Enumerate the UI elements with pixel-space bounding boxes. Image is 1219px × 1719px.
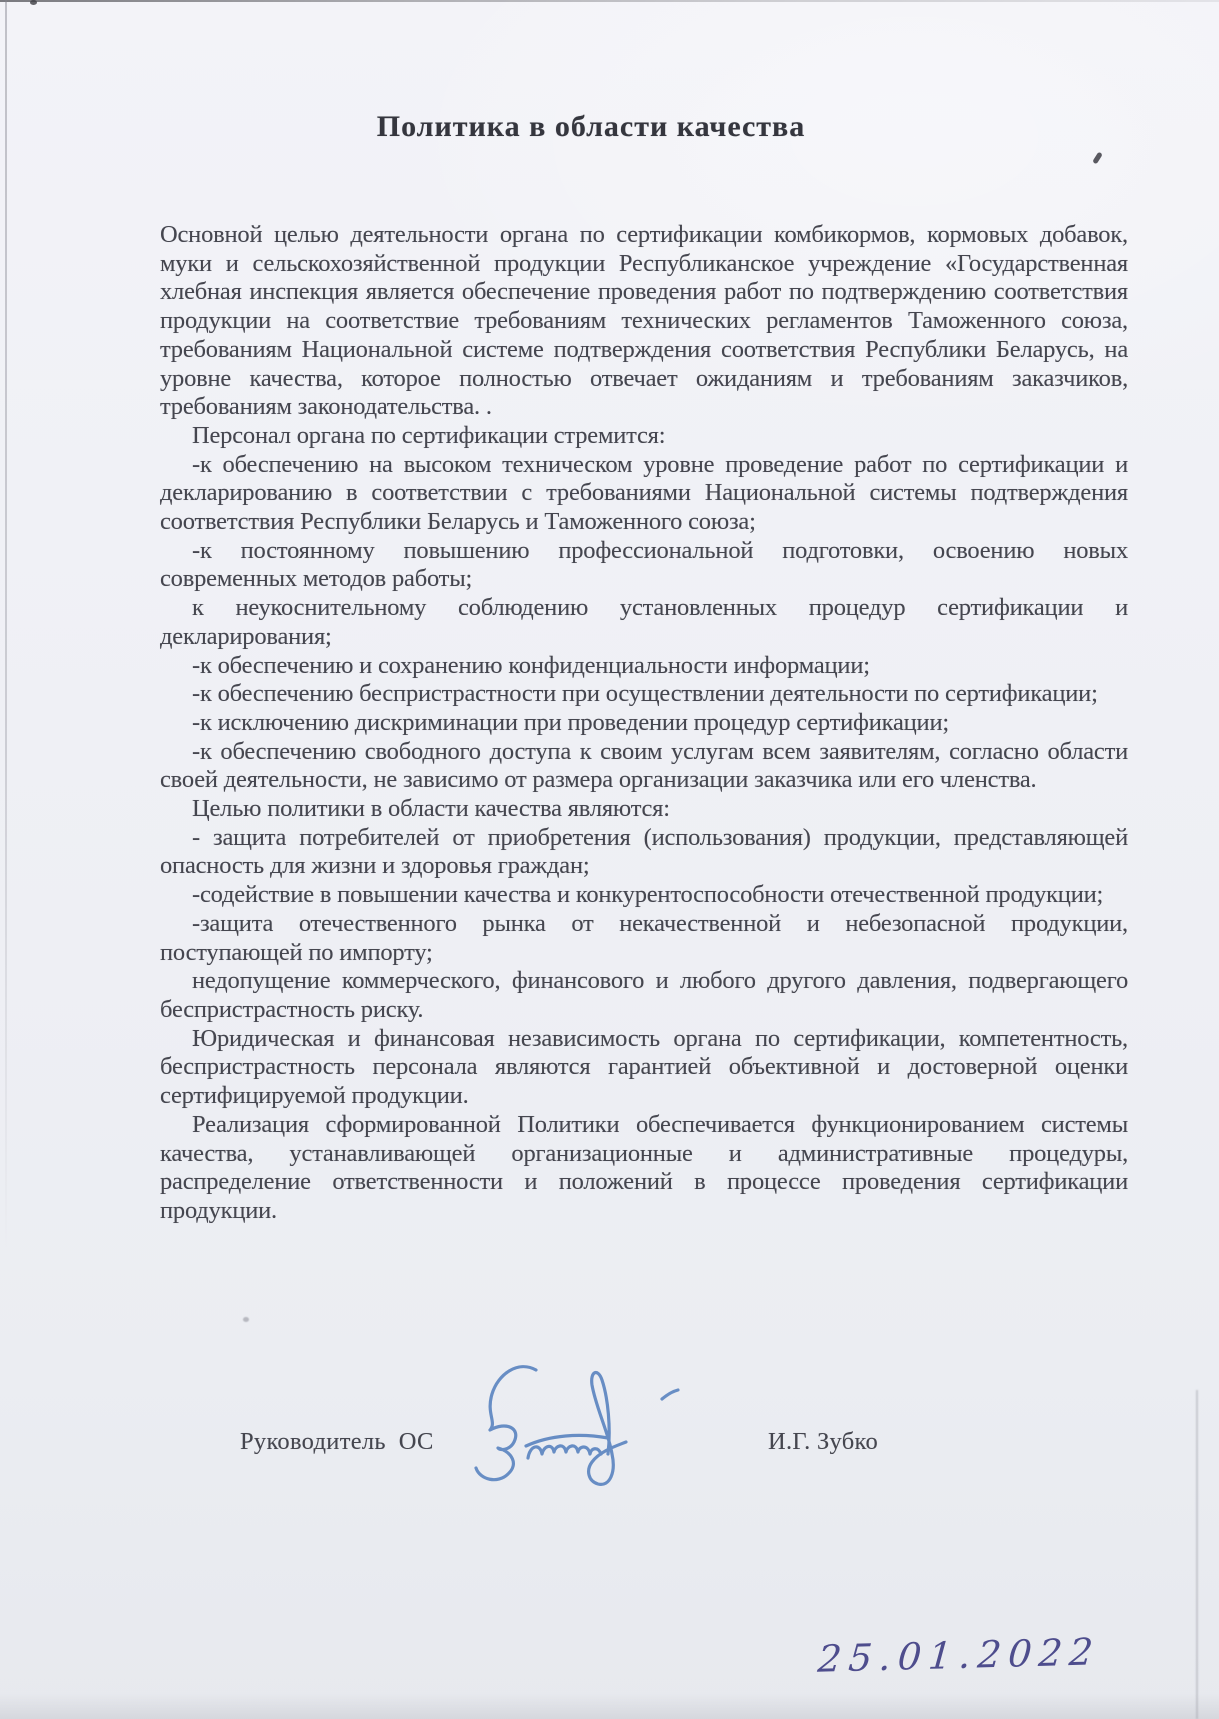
paragraph: Юридическая и финансовая независимость о… bbox=[160, 1025, 1128, 1111]
handwritten-date: 25.01.2022 bbox=[816, 1630, 1101, 1680]
paragraph: -защита отечественного рынка от некачест… bbox=[160, 910, 1128, 967]
paragraph: -к обеспечению свободного доступа к свои… bbox=[160, 738, 1128, 795]
paragraph: -к исключению дискриминации при проведен… bbox=[160, 709, 1128, 738]
scan-bottom-shadow bbox=[0, 1693, 1219, 1719]
paragraph: недопущение коммерческого, финансового и… bbox=[160, 967, 1128, 1024]
scanned-document-page: Политика в области качества Основной цел… bbox=[0, 0, 1219, 1719]
scan-left-edge-line bbox=[5, 0, 7, 1250]
signature-role-label: Руководитель ОС bbox=[240, 1428, 434, 1456]
paragraph: -содействие в повышении качества и конку… bbox=[160, 881, 1128, 910]
scan-smudge bbox=[243, 1317, 249, 1322]
signature-signer-name: И.Г. Зубко bbox=[768, 1428, 878, 1456]
paragraph: -к обеспечению беспристрастности при осу… bbox=[160, 680, 1128, 709]
paragraph: Персонал органа по сертификации стремитс… bbox=[160, 422, 1128, 451]
paragraph: -к обеспечению и сохранению конфиденциал… bbox=[160, 652, 1128, 681]
paragraph: Целью политики в области качества являют… bbox=[160, 795, 1128, 824]
paper-crease bbox=[1196, 1390, 1198, 1719]
ink-speck bbox=[1092, 152, 1103, 165]
scan-top-edge-line bbox=[0, 0, 1219, 2]
document-title: Политика в области качества bbox=[107, 108, 1075, 146]
handwritten-signature bbox=[440, 1358, 690, 1498]
paragraph: Реализация сформированной Политики обесп… bbox=[160, 1111, 1128, 1226]
document-body: Основной целью деятельности органа по се… bbox=[160, 221, 1128, 1226]
paragraph: - защита потребителей от приобретения (и… bbox=[160, 824, 1128, 881]
paragraph: к неукоснительному соблюдению установлен… bbox=[160, 594, 1128, 651]
paragraph: -к постоянному повышению профессионально… bbox=[160, 537, 1128, 594]
paragraph: -к обеспечению на высоком техническом ур… bbox=[160, 451, 1128, 537]
scan-top-speck bbox=[30, 0, 37, 5]
paragraph: Основной целью деятельности органа по се… bbox=[160, 221, 1128, 422]
